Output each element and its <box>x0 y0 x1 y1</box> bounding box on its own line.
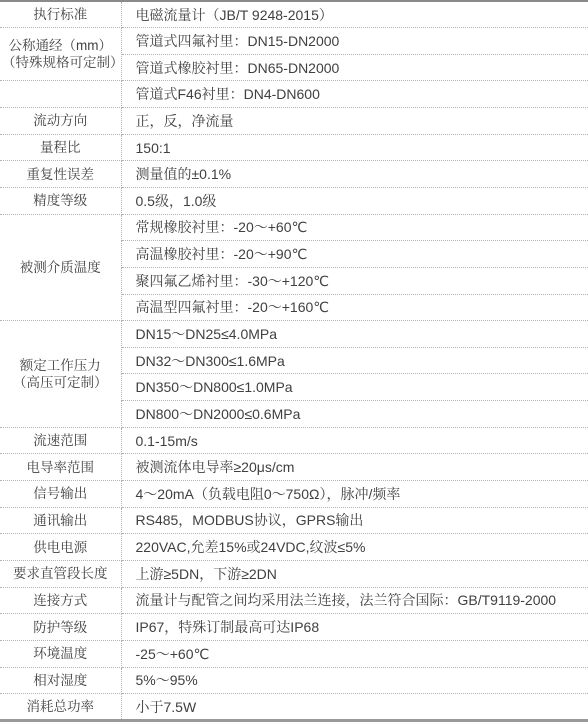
spec-value: 测量值的±0.1% <box>121 161 588 188</box>
spec-label: 要求直管段长度 <box>0 560 121 587</box>
spec-page: 执行标准电磁流量计（JB/T 9248-2015）公称通经（mm）（特殊规格可定… <box>0 0 588 722</box>
table-row: 公称通经（mm）（特殊规格可定制）管道式四氟衬里：DN15-DN2000 <box>0 28 588 55</box>
spec-label-line: 公称通经（mm） <box>2 37 119 54</box>
spec-value: IP67，特殊订制最高可达IP68 <box>121 614 588 641</box>
spec-label: 电导率范围 <box>0 454 121 481</box>
spec-value: 高温橡胶衬里：-20～+90℃ <box>121 241 588 268</box>
spec-value: 正，反，净流量 <box>121 108 588 135</box>
spec-label: 精度等级 <box>0 187 121 214</box>
spec-value: 电磁流量计（JB/T 9248-2015） <box>121 1 588 28</box>
spec-value: 上游≥5DN，下游≥2DN <box>121 560 588 587</box>
spec-label-line: 供电电源 <box>2 539 119 556</box>
spec-label-line: 相对湿度 <box>2 672 119 689</box>
spec-label-line: 通讯输出 <box>2 512 119 529</box>
spec-value: DN15～DN25≤4.0MPa <box>121 321 588 348</box>
spec-label-line: 连接方式 <box>2 592 119 609</box>
spec-value: 聚四氟乙烯衬里：-30～+120℃ <box>121 267 588 294</box>
table-row: 电导率范围被测流体电导率≥20μs/cm <box>0 454 588 481</box>
spec-value: DN32～DN300≤1.6MPa <box>121 347 588 374</box>
table-row: 流速范围0.1-15m/s <box>0 427 588 454</box>
spec-label: 通讯输出 <box>0 507 121 534</box>
spec-label-line: 环境温度 <box>2 645 119 662</box>
spec-label: 额定工作压力（高压可定制） <box>0 321 121 428</box>
spec-value: 220VAC,允差15%或24VDC,纹波≤5% <box>121 534 588 561</box>
spec-label: 被测介质温度 <box>0 214 121 321</box>
table-row: 额定工作压力（高压可定制）DN15～DN25≤4.0MPa <box>0 321 588 348</box>
spec-label-line: 信号输出 <box>2 485 119 502</box>
spec-value: 被测流体电导率≥20μs/cm <box>121 454 588 481</box>
spec-label: 执行标准 <box>0 1 121 28</box>
spec-label: 流速范围 <box>0 427 121 454</box>
spec-label: 重复性误差 <box>0 161 121 188</box>
spec-value: DN800～DN2000≤0.6MPa <box>121 401 588 428</box>
spec-label: 信号输出 <box>0 481 121 508</box>
table-row: 流动方向正，反，净流量 <box>0 108 588 135</box>
spec-label-line: 量程比 <box>2 139 119 156</box>
table-row: 连接方式流量计与配管之间均采用法兰连接，法兰符合国际：GB/T9119-2000 <box>0 587 588 614</box>
spec-label: 相对湿度 <box>0 667 121 694</box>
spec-value: 4～20mA（负载电阻0～750Ω），脉冲/频率 <box>121 481 588 508</box>
spec-value: 0.5级，1.0级 <box>121 187 588 214</box>
spec-table: 执行标准电磁流量计（JB/T 9248-2015）公称通经（mm）（特殊规格可定… <box>0 0 588 722</box>
spec-value: 管道式F46衬里：DN4-DN600 <box>121 81 588 108</box>
spec-label: 公称通经（mm）（特殊规格可定制） <box>0 28 121 81</box>
spec-value: 高温型四氟衬里：-20～+160℃ <box>121 294 588 321</box>
spec-label: 连接方式 <box>0 587 121 614</box>
spec-label: 防护等级 <box>0 614 121 641</box>
table-row: 量程比150:1 <box>0 134 588 161</box>
spec-label-line: 流速范围 <box>2 432 119 449</box>
spec-label-line: 执行标准 <box>2 6 119 23</box>
table-row: 通讯输出RS485，MODBUS协议，GPRS输出 <box>0 507 588 534</box>
spec-value: 流量计与配管之间均采用法兰连接，法兰符合国际：GB/T9119-2000 <box>121 587 588 614</box>
table-row: 相对湿度5%～95% <box>0 667 588 694</box>
table-row: 精度等级0.5级，1.0级 <box>0 187 588 214</box>
spec-label-line: 精度等级 <box>2 192 119 209</box>
spec-label: 消耗总功率 <box>0 694 121 721</box>
table-row: 环境温度-25～+60℃ <box>0 640 588 667</box>
spec-label-line: 防护等级 <box>2 619 119 636</box>
spec-label-line: 被测介质温度 <box>2 259 119 276</box>
spec-value: DN350～DN800≤1.0MPa <box>121 374 588 401</box>
spec-label <box>0 81 121 108</box>
spec-value: 小于7.5W <box>121 694 588 721</box>
spec-label: 量程比 <box>0 134 121 161</box>
table-row: 信号输出4～20mA（负载电阻0～750Ω），脉冲/频率 <box>0 481 588 508</box>
table-row: 防护等级IP67，特殊订制最高可达IP68 <box>0 614 588 641</box>
table-row: 重复性误差测量值的±0.1% <box>0 161 588 188</box>
table-row: 管道式F46衬里：DN4-DN600 <box>0 81 588 108</box>
spec-value: 5%～95% <box>121 667 588 694</box>
spec-value: 管道式四氟衬里：DN15-DN2000 <box>121 28 588 55</box>
spec-label-line: 重复性误差 <box>2 166 119 183</box>
spec-value: 150:1 <box>121 134 588 161</box>
spec-label-line: 消耗总功率 <box>2 698 119 715</box>
spec-value: 常规橡胶衬里：-20～+60℃ <box>121 214 588 241</box>
table-row: 被测介质温度常规橡胶衬里：-20～+60℃ <box>0 214 588 241</box>
spec-label: 供电电源 <box>0 534 121 561</box>
spec-label: 流动方向 <box>0 108 121 135</box>
spec-label-line: 要求直管段长度 <box>2 565 119 582</box>
spec-label-line: 流动方向 <box>2 112 119 129</box>
spec-label-line: 额定工作压力 <box>2 357 119 374</box>
table-row: 供电电源220VAC,允差15%或24VDC,纹波≤5% <box>0 534 588 561</box>
table-row: 执行标准电磁流量计（JB/T 9248-2015） <box>0 1 588 28</box>
spec-value: 管道式橡胶衬里：DN65-DN2000 <box>121 54 588 81</box>
table-row: 消耗总功率小于7.5W <box>0 694 588 721</box>
spec-value: -25～+60℃ <box>121 640 588 667</box>
spec-value: RS485，MODBUS协议，GPRS输出 <box>121 507 588 534</box>
spec-label: 环境温度 <box>0 640 121 667</box>
spec-label-line: （特殊规格可定制） <box>2 54 119 71</box>
spec-label-line: 电导率范围 <box>2 459 119 476</box>
spec-table-body: 执行标准电磁流量计（JB/T 9248-2015）公称通经（mm）（特殊规格可定… <box>0 1 588 721</box>
table-row: 要求直管段长度上游≥5DN，下游≥2DN <box>0 560 588 587</box>
spec-value: 0.1-15m/s <box>121 427 588 454</box>
spec-label-line: （高压可定制） <box>2 374 119 391</box>
